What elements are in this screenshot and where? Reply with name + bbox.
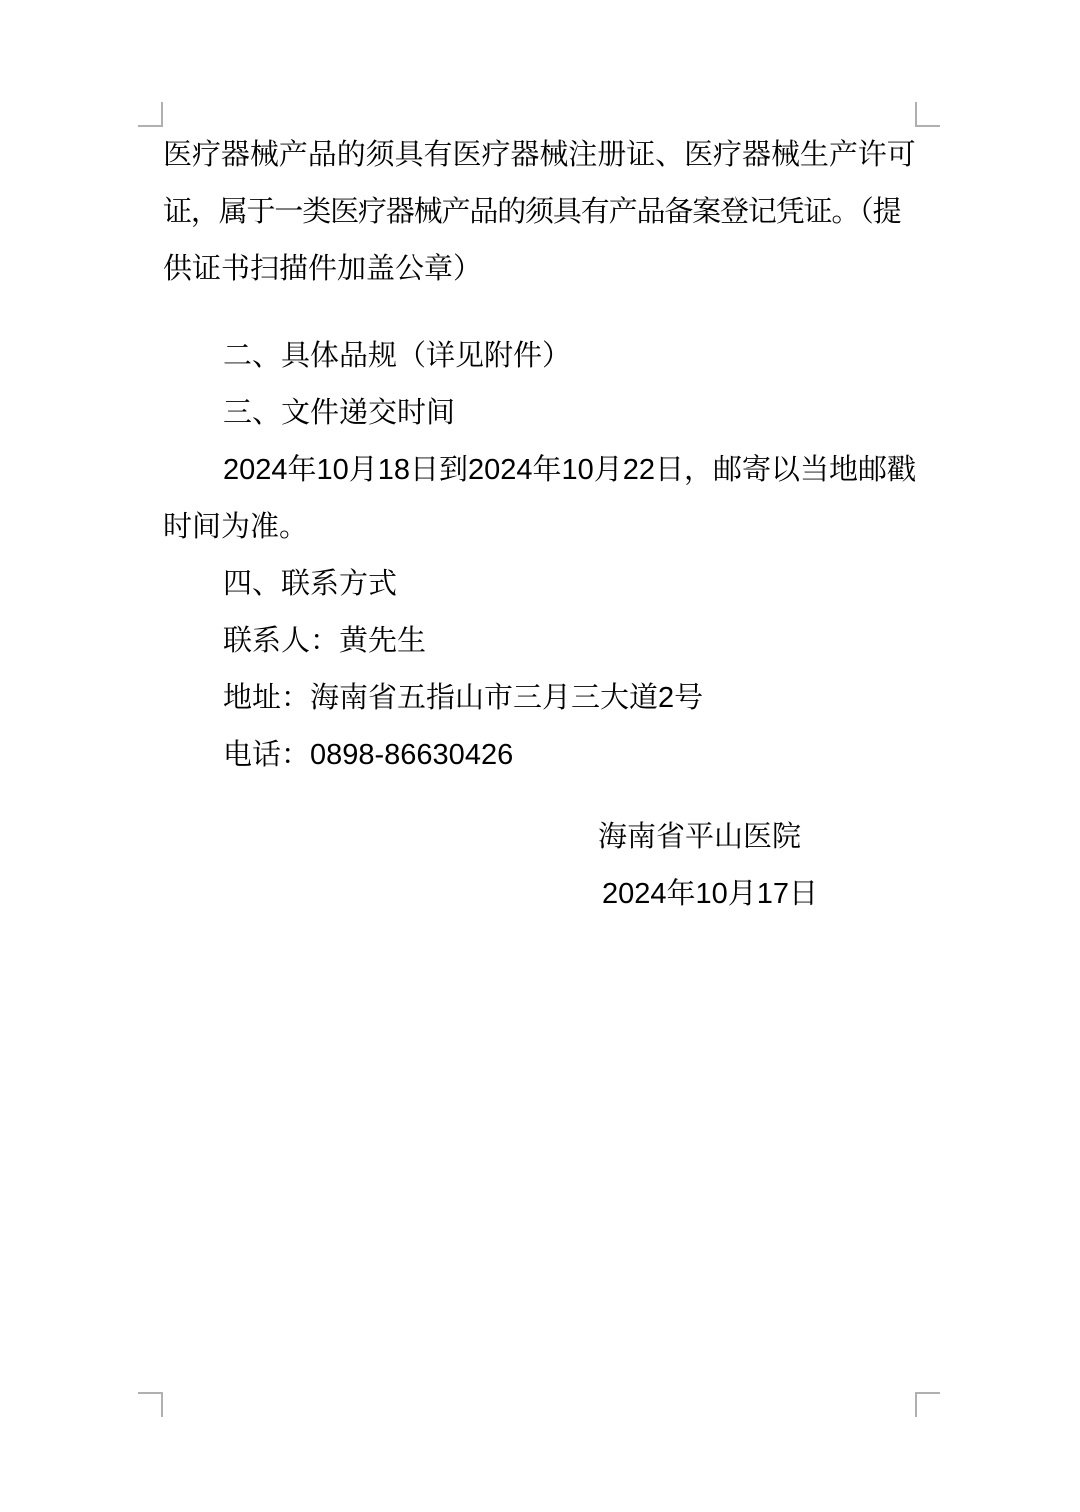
paragraph-certificates-line1: 医疗器械产品的须具有医疗器械注册证、医疗器械生产许可 (163, 127, 916, 184)
contact-phone: 电话：0898-86630426 (163, 727, 916, 784)
contact-person: 联系人：黄先生 (163, 613, 916, 670)
paragraph-certificates-line3: 供证书扫描件加盖公章） (163, 241, 916, 298)
paragraph-break (163, 298, 916, 328)
deadline-line2: 时间为准。 (163, 499, 916, 556)
signature-date: 2024年10月17日 (163, 866, 916, 923)
signature-organization: 海南省平山医院 (163, 809, 916, 866)
crop-mark-top-right-icon (915, 102, 940, 127)
document-page: 医疗器械产品的须具有医疗器械注册证、医疗器械生产许可 证，属于一类医疗器械产品的… (0, 0, 1080, 1512)
crop-mark-bottom-right-icon (915, 1392, 940, 1417)
section-deadline-heading: 三、文件递交时间 (163, 385, 916, 442)
deadline-line1: 2024年10月18日到2024年10月22日，邮寄以当地邮戳 (163, 442, 916, 499)
section-specs-heading: 二、具体品规（详见附件） (163, 328, 916, 385)
paragraph-certificates-line2: 证，属于一类医疗器械产品的须具有产品备案登记凭证。（提 (163, 184, 916, 241)
section-contact-heading: 四、联系方式 (163, 556, 916, 613)
signature-break (163, 784, 916, 809)
crop-mark-top-left-icon (138, 102, 163, 127)
document-content: 医疗器械产品的须具有医疗器械注册证、医疗器械生产许可 证，属于一类医疗器械产品的… (163, 127, 916, 923)
contact-address: 地址：海南省五指山市三月三大道2号 (163, 670, 916, 727)
crop-mark-bottom-left-icon (138, 1392, 163, 1417)
